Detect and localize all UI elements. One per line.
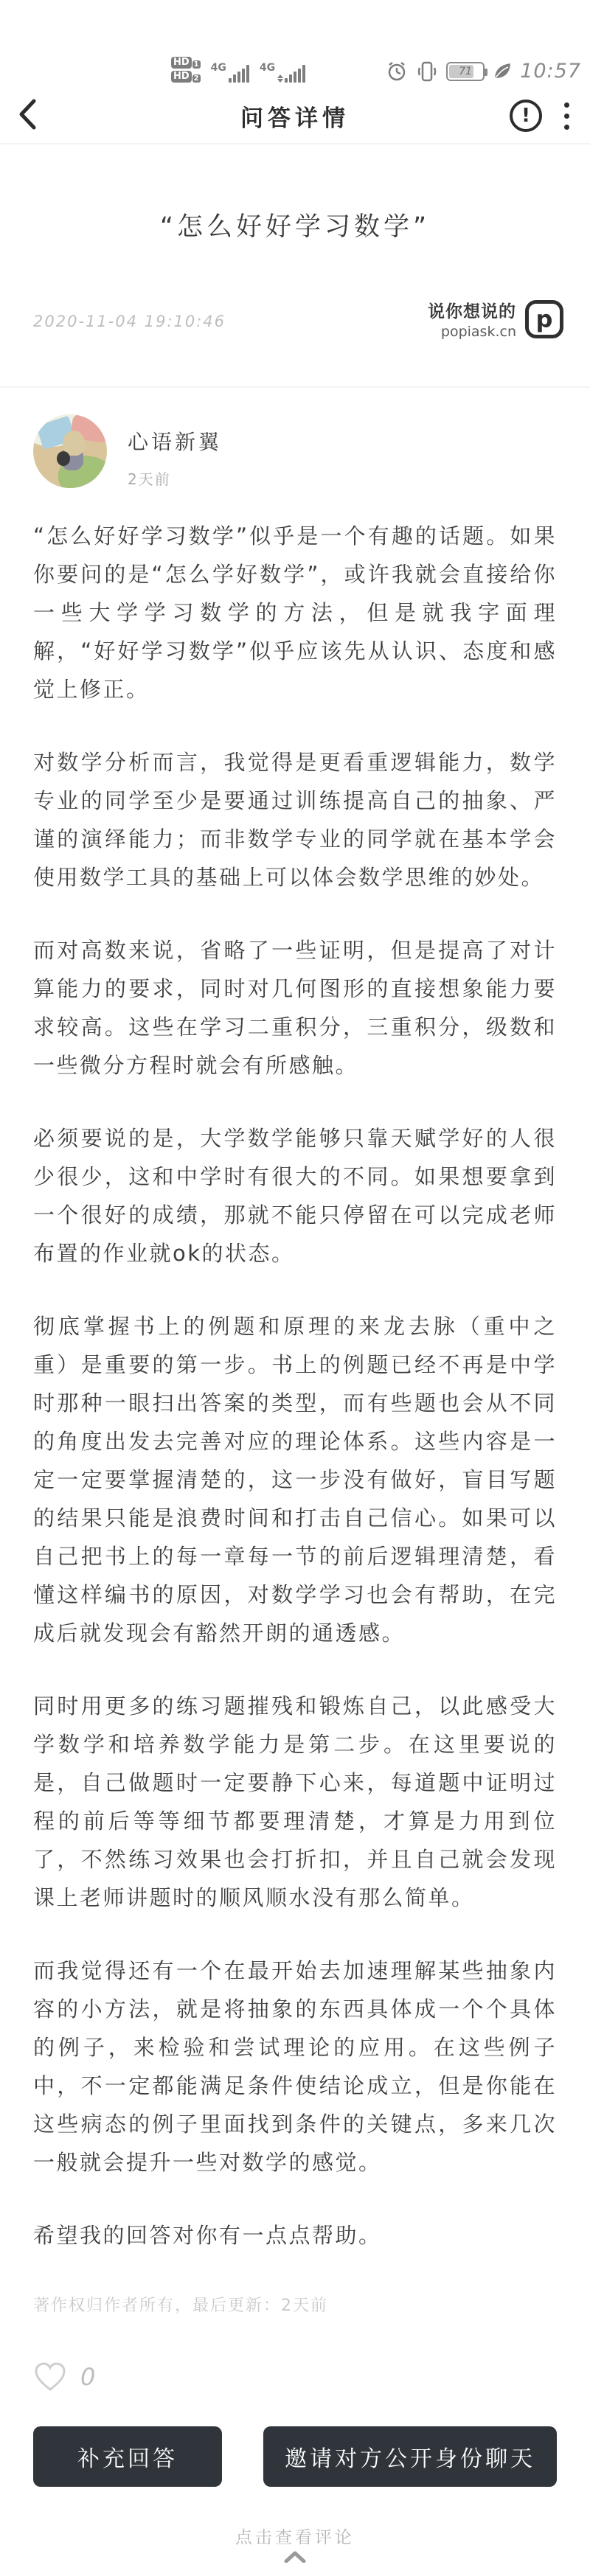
battery-percent: 71 [448,66,483,77]
copyright-note: 著作权归作者所有，最后更新：2天前 [33,2293,557,2316]
answer-time-ago: 2天前 [128,467,222,489]
answer-paragraph: 希望我的回答对你有一点点帮助。 [33,2216,557,2255]
chevron-up-icon [284,2551,306,2563]
battery-icon: 71 [446,62,485,81]
signal-sim2-icon: 4G [260,65,305,83]
signal-bars-icon [229,65,249,83]
view-comments[interactable]: 点击查看评论 [33,2524,557,2566]
data-arrows-icon [277,74,283,83]
vibrate-icon [415,60,439,83]
status-bar: HD1 HD2 4G 4G [0,0,590,88]
answer-paragraph: 而对高数来说，省略了一些证明，但是提高了对计算能力的要求，同时对几何图形的直接想… [33,931,557,1085]
signal-bars-icon [285,65,305,83]
invite-chat-button[interactable]: 邀请对方公开身份聊天 [263,2426,557,2487]
hd1-icon: HD [171,57,192,69]
back-button[interactable] [18,98,37,133]
report-button[interactable]: ! [510,100,542,132]
question-card: “怎么好好学习数学” 2020-11-04 19:10:46 说你想说的 pop… [0,145,590,388]
answer-paragraph: 而我觉得还有一个在最开始去加速理解某些抽象内容的小方法，就是将抽象的东西具体成一… [33,1952,557,2182]
like-count: 0 [80,2363,95,2391]
hd-voice-icons: HD1 HD2 [171,57,201,83]
more-menu-button[interactable] [561,100,572,133]
clock-time: 10:57 [520,60,581,83]
like-heart-icon[interactable] [33,2361,67,2392]
signal-sim1-icon: 4G [211,65,249,83]
answer-paragraph: 对数学分析而言，我觉得是更看重逻辑能力，数学专业的同学至少是要通过训练提高自己的… [33,743,557,897]
eye-protection-leaf-icon [492,61,513,82]
brand-domain: popiask.cn [428,324,516,340]
answer-paragraph: “怎么好好学习数学”似乎是一个有趣的话题。如果你要问的是“怎么学好数学”，或许我… [33,517,557,709]
author-name: 心语新翼 [128,426,222,456]
back-chevron-icon [18,98,37,130]
nav-bar: 问答详情 ! [0,88,590,145]
answer-paragraph: 彻底掌握书上的例题和原理的来龙去脉（重中之重）是重要的第一步。书上的例题已经不再… [33,1307,557,1652]
page-title: 问答详情 [0,100,590,133]
brand-block: 说你想说的 popiask.cn p [428,298,563,340]
question-title: “怎么好好学习数学” [0,206,590,243]
author-row: 心语新翼 2天前 [33,414,557,489]
answer-paragraph: 必须要说的是，大学数学能够只靠天赋学好的人很少很少，这和中学时有很大的不同。如果… [33,1119,557,1273]
supplement-answer-button[interactable]: 补充回答 [33,2426,222,2487]
brand-slogan: 说你想说的 [428,298,516,322]
question-datetime: 2020-11-04 19:10:46 [33,313,226,330]
alarm-clock-icon [386,60,408,83]
avatar[interactable] [33,414,107,488]
hd2-icon: HD [171,71,192,83]
answer-paragraph: 同时用更多的练习题摧残和锻炼自己，以此感受大学数学和培养数学能力是第二步。在这里… [33,1687,557,1917]
view-comments-label: 点击查看评论 [33,2524,557,2548]
popiask-logo-icon: p [525,300,563,338]
exclamation-icon: ! [521,105,530,127]
answer-body: “怎么好好学习数学”似乎是一个有趣的话题。如果你要问的是“怎么学好数学”，或许我… [33,517,557,2255]
answer-section: 心语新翼 2天前 “怎么好好学习数学”似乎是一个有趣的话题。如果你要问的是“怎么… [0,414,590,2566]
